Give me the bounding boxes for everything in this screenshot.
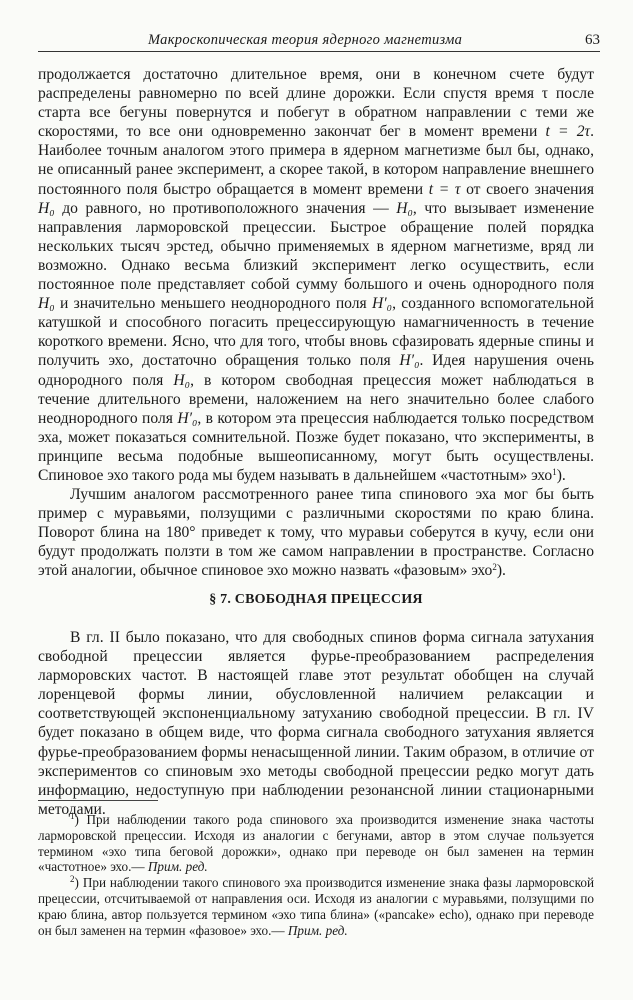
- section-heading: § 7. СВОБОДНАЯ ПРЕЦЕССИЯ: [38, 592, 594, 608]
- footnotes: 1) При наблюдении такого рода спинового …: [38, 812, 594, 938]
- text-run: продолжается достаточно длительное время…: [38, 66, 594, 140]
- text-run: Лучшим аналогом рассмотренного ранее тип…: [38, 486, 594, 579]
- math-inline: H₀: [396, 200, 413, 217]
- math-inline: t = τ: [429, 181, 461, 198]
- text-run: от своего значения: [460, 181, 594, 198]
- math-inline: H₀: [38, 295, 55, 312]
- math-inline: H′₀: [399, 352, 419, 369]
- math-inline: H′₀: [372, 295, 392, 312]
- header-rule: [38, 51, 600, 52]
- paragraph-2: Лучшим аналогом рассмотренного ранее тип…: [38, 485, 594, 580]
- editor-note: Прим. ред.: [148, 859, 208, 874]
- text-run: и значительно меньшего неоднородного пол…: [55, 295, 372, 312]
- text-run: до равного, но противоположного значения…: [55, 200, 397, 217]
- footnote-rule: [38, 800, 158, 801]
- math-inline: H₀: [173, 372, 190, 389]
- running-head: Макроскопическая теория ядерного магнети…: [38, 32, 600, 50]
- section-text: В гл. II было показано, что для свободны…: [38, 628, 594, 819]
- section-paragraph: В гл. II было показано, что для свободны…: [38, 628, 594, 819]
- page-number: 63: [585, 32, 600, 49]
- math-inline: t = 2τ: [546, 123, 591, 140]
- text-run: ).: [497, 562, 506, 579]
- text-run: ).: [557, 467, 566, 484]
- footnote-2: 2) При наблюдении такого спинового эха п…: [38, 875, 594, 938]
- paragraph-1: продолжается достаточно длительное время…: [38, 65, 594, 485]
- math-inline: H′₀: [177, 410, 197, 427]
- editor-note: Прим. ред.: [288, 923, 348, 938]
- main-text: продолжается достаточно длительное время…: [38, 65, 594, 581]
- math-inline: H₀: [38, 200, 55, 217]
- footnote-text: ) При наблюдении такого рода спинового э…: [38, 812, 594, 874]
- footnote-1: 1) При наблюдении такого рода спинового …: [38, 812, 594, 875]
- running-head-title: Макроскопическая теория ядерного магнети…: [148, 32, 462, 49]
